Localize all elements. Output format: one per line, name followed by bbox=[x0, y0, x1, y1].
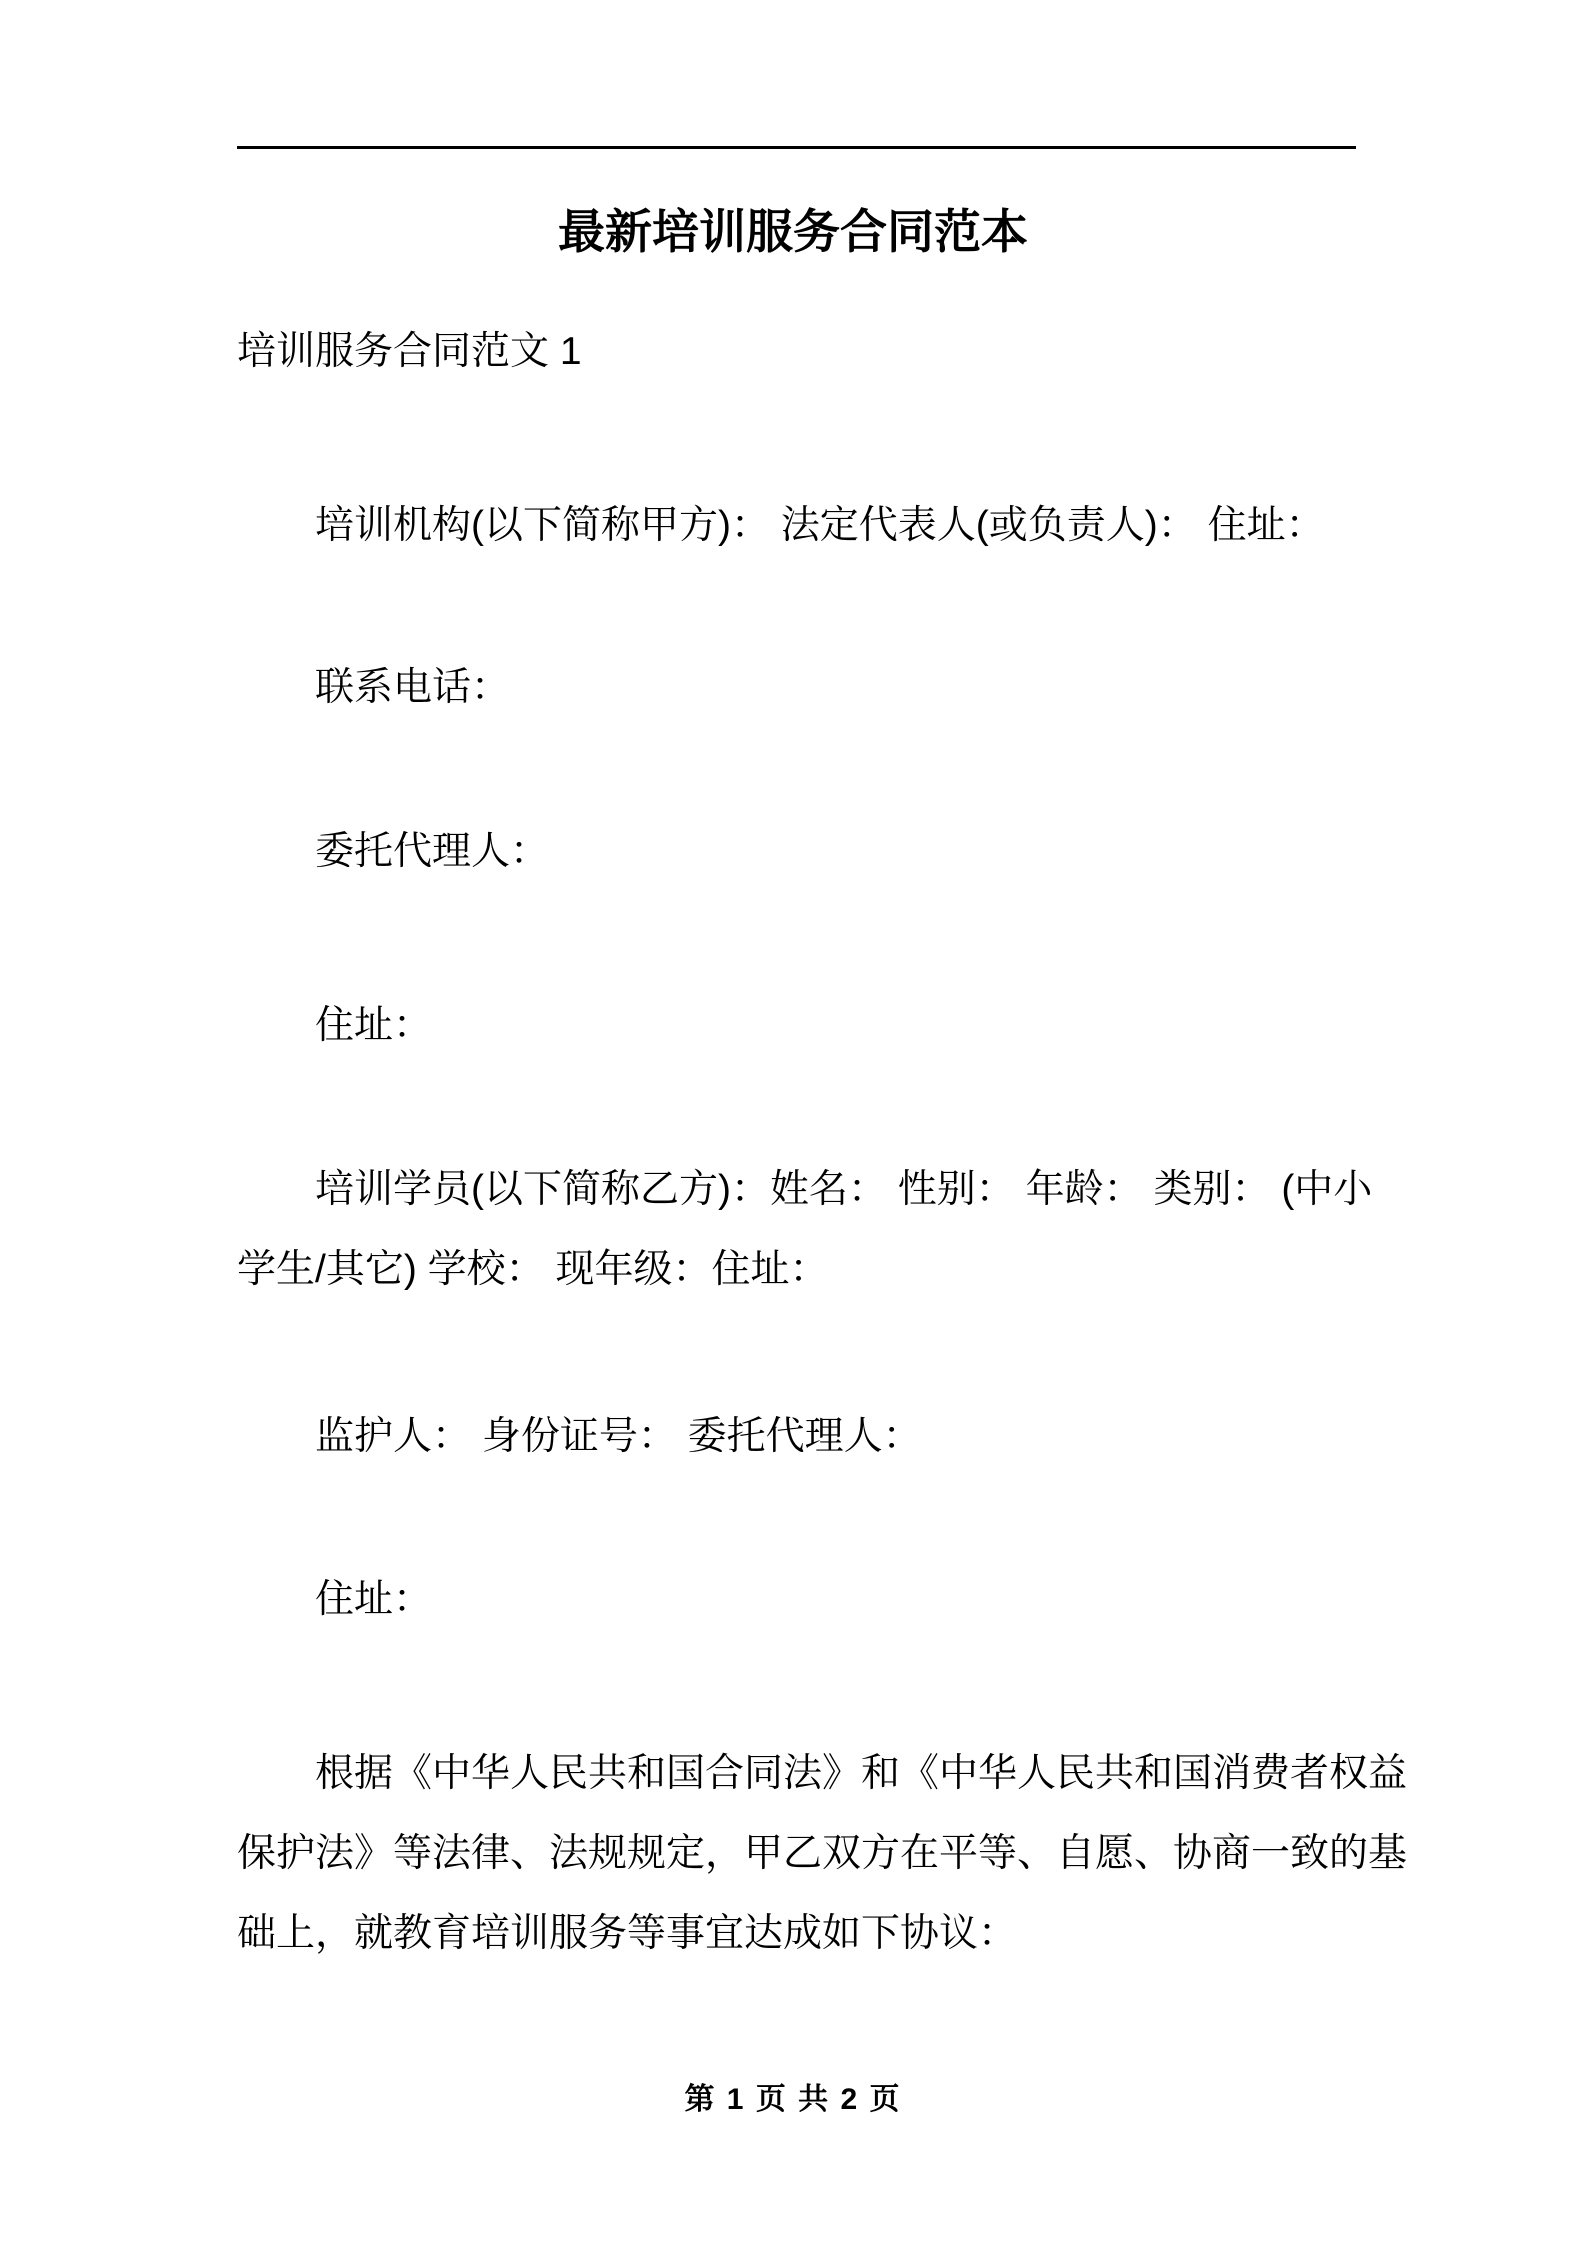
paragraph-line-party-a: 培训机构(以下简称甲方)： 法定代表人(或负责人)： 住址： bbox=[237, 487, 1367, 565]
document-title: 最新培训服务合同范本 bbox=[0, 204, 1586, 260]
header-rule bbox=[237, 146, 1356, 149]
paragraph-line-preamble-1: 根据《中华人民共和国合同法》和《中华人民共和国消费者权益 bbox=[237, 1735, 1367, 1813]
paragraph-line-trainee-1: 培训学员(以下简称乙方)：姓名： 性别： 年龄： 类别： (中小 bbox=[237, 1151, 1367, 1229]
paragraph-line-contact-phone: 联系电话： bbox=[237, 649, 1367, 727]
contract-document-page: 最新培训服务合同范本 培训服务合同范文 1 培训机构(以下简称甲方)： 法定代表… bbox=[0, 0, 1586, 2244]
paragraph-line-guardian: 监护人： 身份证号： 委托代理人： bbox=[237, 1398, 1367, 1476]
paragraph-line-trainee-2: 学生/其它) 学校： 现年级：住址： bbox=[237, 1231, 1367, 1309]
paragraph-line-agent: 委托代理人： bbox=[237, 813, 1367, 891]
paragraph-line-address-1: 住址： bbox=[237, 987, 1367, 1065]
paragraph-line-address-2: 住址： bbox=[237, 1561, 1367, 1639]
page-number-footer: 第 1 页 共 2 页 bbox=[0, 2082, 1586, 2118]
paragraph-line-preamble-3: 础上，就教育培训服务等事宜达成如下协议： bbox=[237, 1895, 1367, 1973]
paragraph-line-preamble-2: 保护法》等法律、法规规定，甲乙双方在平等、自愿、协商一致的基 bbox=[237, 1815, 1367, 1893]
document-subtitle: 培训服务合同范文 1 bbox=[237, 330, 582, 374]
